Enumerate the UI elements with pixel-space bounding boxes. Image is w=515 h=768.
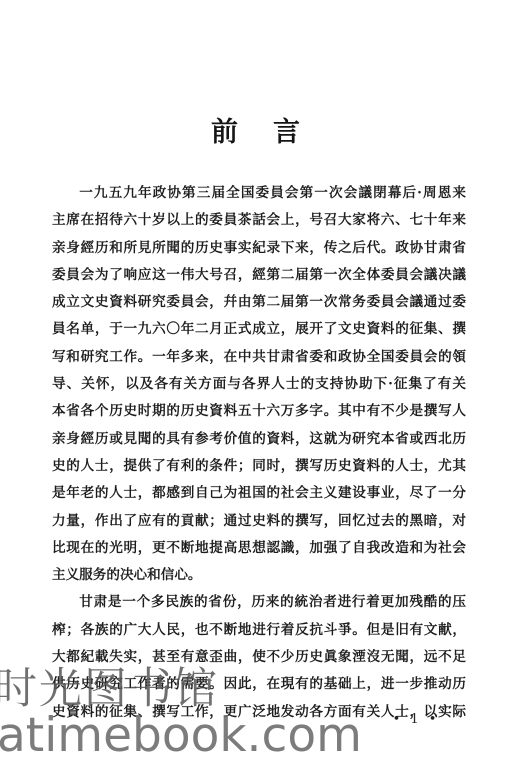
text-line: 亲身經历和所見所聞的历史事实紀录下来，传之后代。政协甘肃省 bbox=[52, 235, 466, 262]
text-line: 榨；各族的广大人民，也不断地进行着反抗斗爭。但是旧有文献， bbox=[52, 617, 466, 644]
text-line: 史的人士，提供了有利的条件；同时，撰写历史資料的人士，尤其 bbox=[52, 453, 466, 480]
page-number: • 1 • bbox=[392, 712, 440, 727]
text-line: 委員会为了响应这一伟大号召，經第二届第一次全体委員会議决議 bbox=[52, 262, 466, 289]
text-line: 員名单，于一九六〇年二月正式成立，展开了文史資料的征集、撰 bbox=[52, 316, 466, 343]
text-line: 导、关怀，以及各有关方面与各界人士的支持协助下·征集了有关 bbox=[52, 371, 466, 398]
watermark-chinese: 时光图书馆 bbox=[0, 655, 219, 716]
text-line: 成立文史資料研究委員会，幷由第二届第一次常务委員会議通过委 bbox=[52, 289, 466, 316]
preface-body: 一九五九年政协第三届全国委員会第一次会議閉幕后·周恩来主席在招待六十岁以上的委員… bbox=[52, 180, 466, 726]
preface-title: 前 言 bbox=[0, 110, 515, 149]
text-line: 一九五九年政协第三届全国委員会第一次会議閉幕后·周恩来 bbox=[52, 180, 466, 207]
text-line: 力量，作出了应有的貢献；通过史料的撰写，回忆过去的黑暗，对 bbox=[52, 508, 466, 535]
text-line: 主席在招待六十岁以上的委員茶話会上，号召大家将六、七十年来 bbox=[52, 207, 466, 234]
watermark-url: atimebook.com bbox=[0, 708, 362, 763]
text-line: 本省各个历史时期的历史資料五十六万多字。其中有不少是撰写人 bbox=[52, 398, 466, 425]
text-line: 是年老的人士，都感到自己为祖国的社会主义建设事业，尽了一分 bbox=[52, 480, 466, 507]
text-line: 比现在的光明，更不断地提高思想認識，加强了自我改造和为社会 bbox=[52, 535, 466, 562]
text-line: 主义服务的决心和信心。 bbox=[52, 562, 466, 589]
scanned-book-page: 前 言 一九五九年政协第三届全国委員会第一次会議閉幕后·周恩来主席在招待六十岁以… bbox=[0, 0, 515, 768]
text-line: 写和研究工作。一年多来，在中共甘肃省委和政协全国委員会的領 bbox=[52, 344, 466, 371]
text-line: 亲身經历或見聞的具有参考价值的資料，这就为研究本省或西北历 bbox=[52, 426, 466, 453]
text-line: 甘肃是一个多民族的省份，历来的統治者进行着更加残酷的压 bbox=[52, 589, 466, 616]
